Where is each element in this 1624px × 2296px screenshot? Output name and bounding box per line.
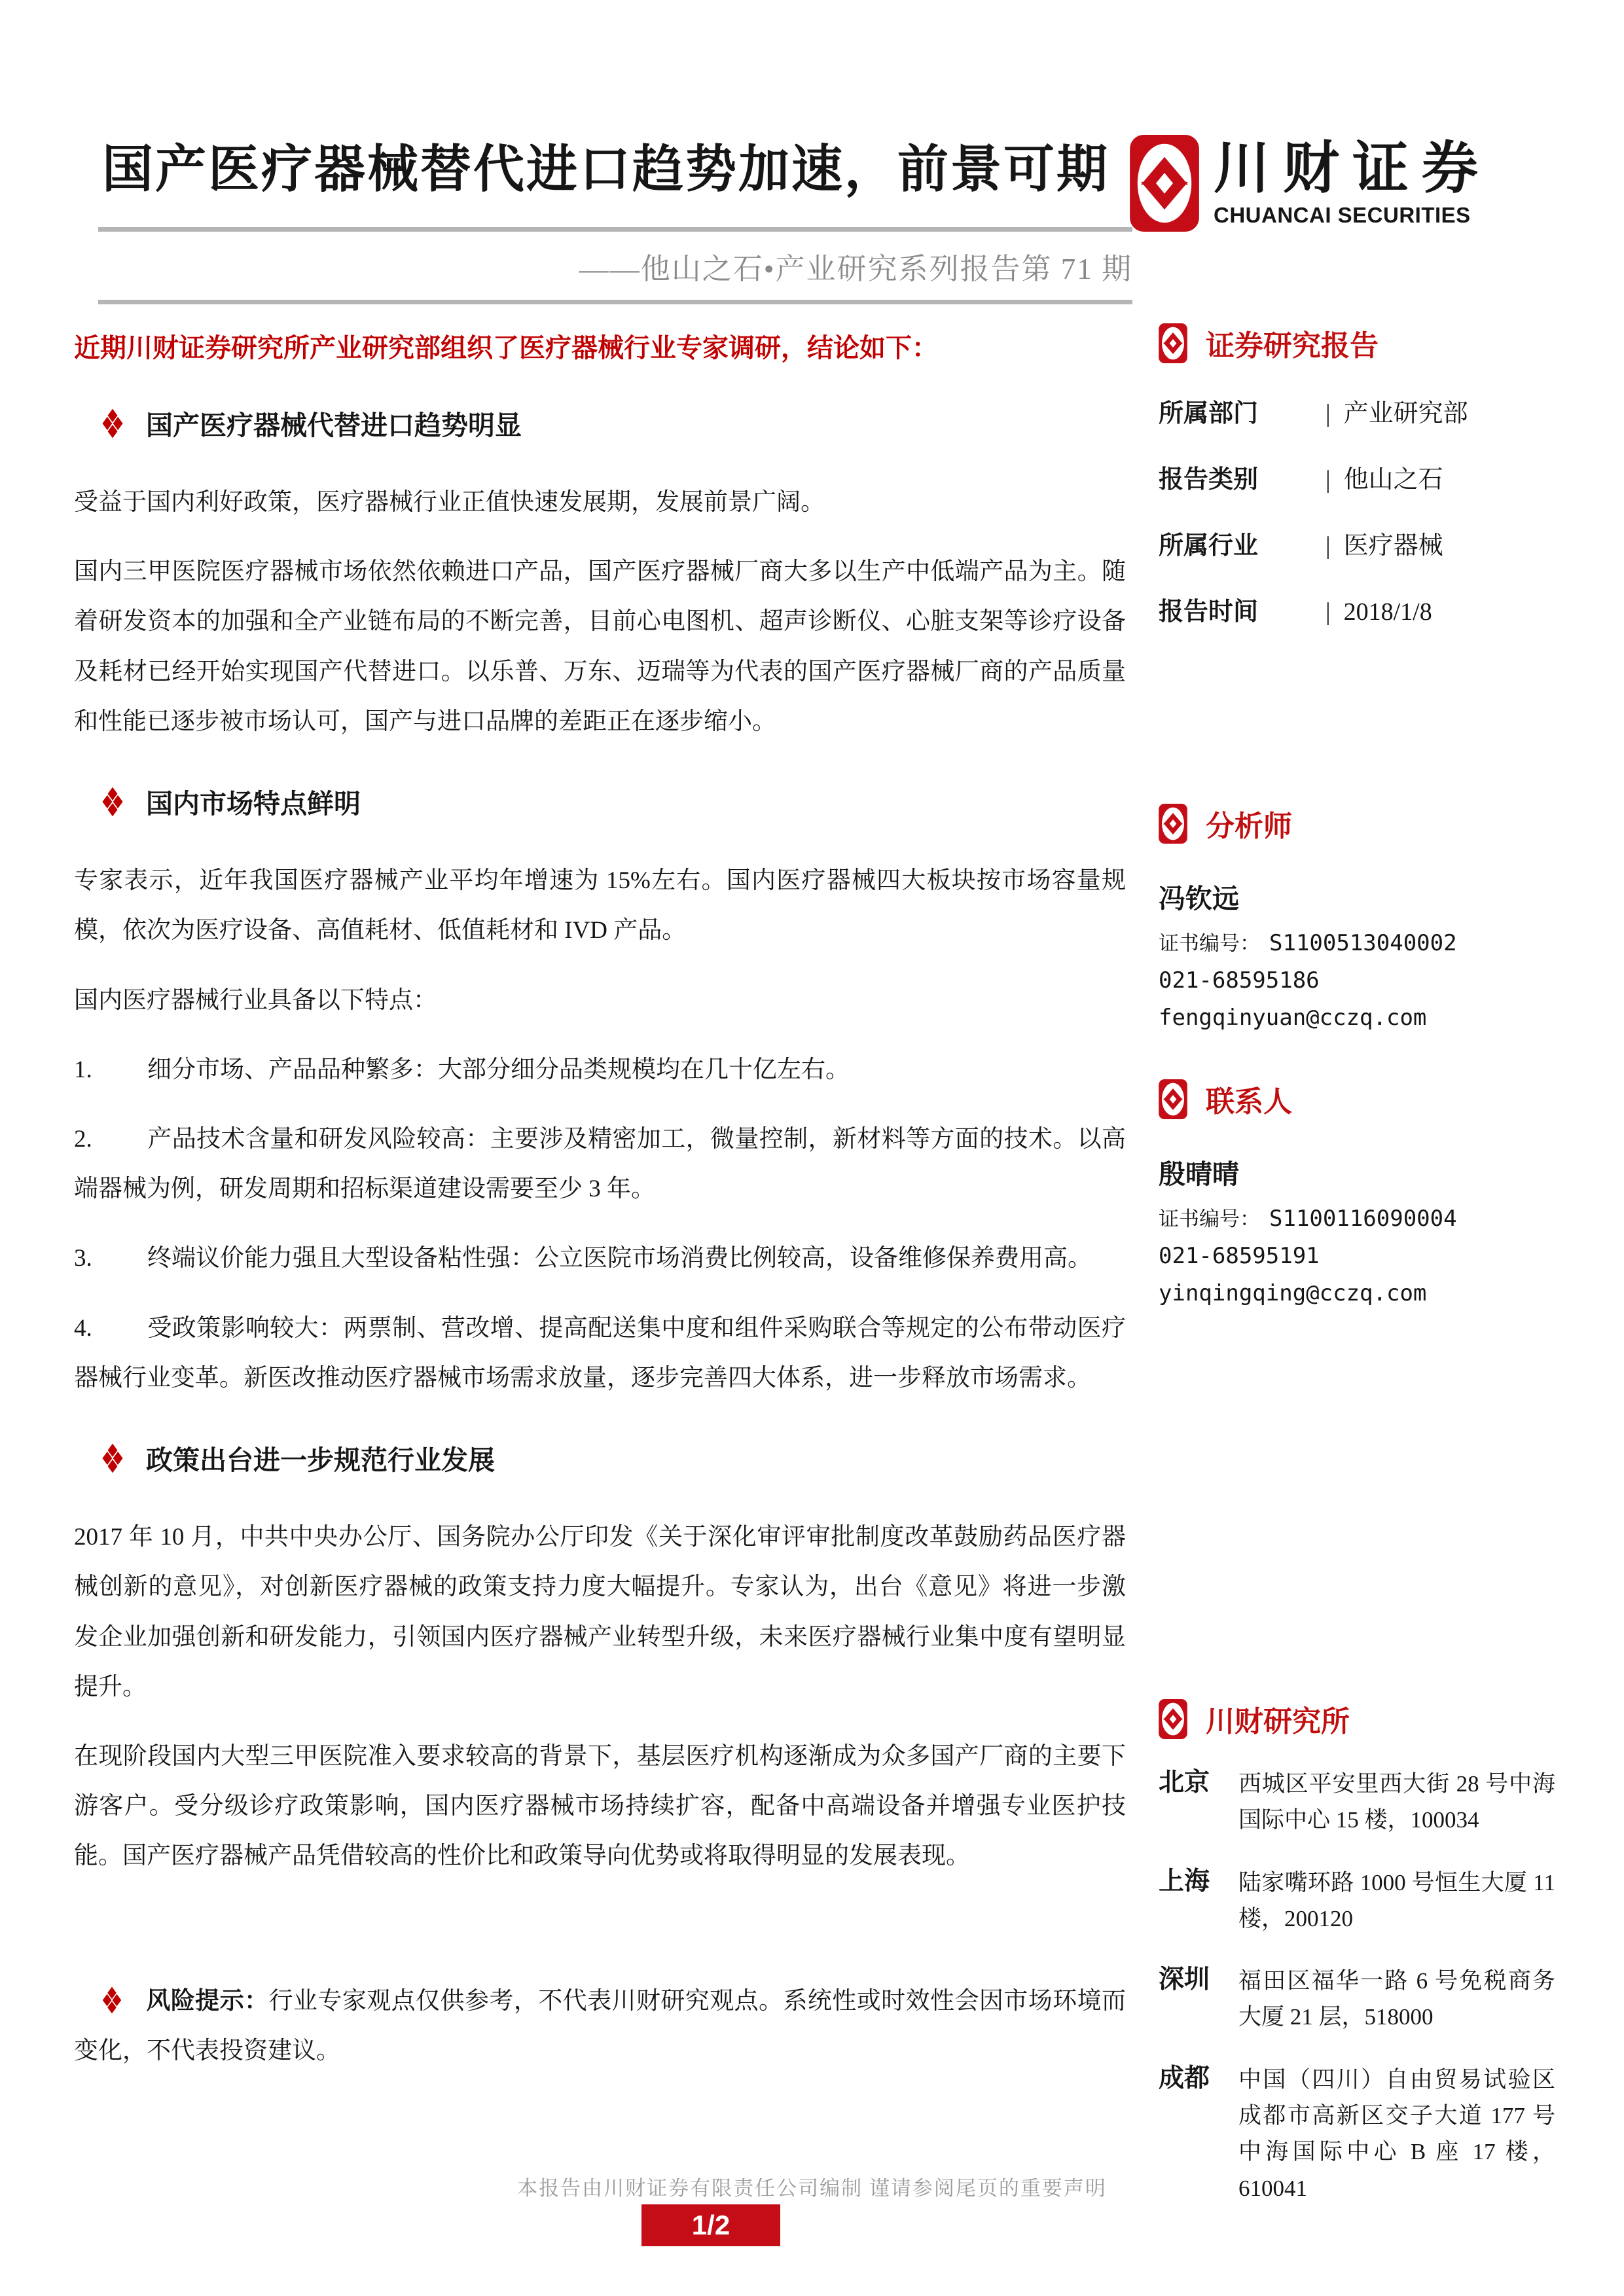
chuancai-logo-icon [1159,804,1187,844]
paragraph: 国内医疗器械行业具备以下特点： [74,976,1126,1026]
info-row-date: 报告时间 |2018/1/8 [1159,591,1555,627]
analyst-phone: 021-68595186 [1159,967,1555,994]
info-label: 所属部门 [1159,393,1326,429]
page-title: 国产医疗器械替代进口趋势加速，前景可期 [102,128,1110,202]
chuancai-logo-icon [1159,1699,1187,1739]
separator-bar: | [1326,598,1331,626]
sidebar-heading-analyst: 分析师 [1159,802,1555,844]
separator-bar: | [1326,400,1331,427]
office-address: 福田区福华一路 6 号免税商务大厦 21 层，518000 [1238,1963,1555,2036]
paragraph: 在现阶段国内大型三甲医院准入要求较高的背景下，基层医疗机构逐渐成为众多国产厂商的… [74,1732,1126,1882]
sidebar-heading-label: 川财研究所 [1206,1698,1350,1740]
info-label: 所属行业 [1159,525,1326,561]
info-value: |2018/1/8 [1326,598,1432,626]
paragraph: 受益于国内利好政策，医疗器械行业正值快速发展期，发展前景广阔。 [74,478,1126,528]
diamond-bullet-icon [101,1986,122,2014]
diamond-bullet-icon [101,408,124,439]
contact-phone: 021-68595191 [1159,1243,1555,1269]
sidebar-heading-label: 联系人 [1206,1078,1292,1120]
intro-summary-line: 近期川财证券研究所产业研究部组织了医疗器械行业专家调研，结论如下： [74,331,1126,366]
numbered-item: 2.产品技术含量和研发风险较高：主要涉及精密加工，微量控制，新材料等方面的技术。… [74,1115,1126,1214]
header-divider-top [98,227,1132,232]
item-number: 2. [74,1115,147,1164]
office-city: 深圳 [1159,1963,1238,2036]
chuancai-logo-icon [1159,323,1187,363]
report-info-rows: 所属部门 |产业研究部 报告类别 |他山之石 所属行业 |医疗器械 报告时间 |… [1159,393,1555,627]
numbered-item: 1.细分市场、产品品种繁多：大部分细分品类规模均在几十亿左右。 [74,1045,1126,1095]
sidebar-heading-label: 分析师 [1206,802,1292,844]
analyst-cert: 证书编号：S1100513040002 [1159,927,1555,956]
office-address: 西城区平安里西大街 28 号中海国际中心 15 楼，100034 [1238,1766,1555,1839]
info-value: |他山之石 [1326,459,1443,495]
contact-card: 殷晴晴 证书编号：S1100116090004 021-68595191 yin… [1159,1153,1555,1306]
office-address: 陆家嘴环路 1000 号恒生大厦 11 楼，200120 [1238,1865,1555,1937]
contact-email: yinqingqing@cczq.com [1159,1280,1555,1306]
info-label: 报告时间 [1159,591,1326,627]
numbered-item: 3.终端议价能力强且大型设备粘性强：公立医院市场消费比例较高，设备维修保养费用高… [74,1234,1126,1283]
sidebar-heading-institute: 川财研究所 [1159,1698,1555,1740]
diamond-bullet-icon [101,787,124,817]
section-heading-label: 国内市场特点鲜明 [146,782,361,821]
info-value: |产业研究部 [1326,393,1468,429]
item-number: 3. [74,1234,147,1283]
info-label: 报告类别 [1159,459,1326,495]
office-shanghai: 上海 陆家嘴环路 1000 号恒生大厦 11 楼，200120 [1159,1865,1555,1937]
item-text: 终端议价能力强且大型设备粘性强：公立医院市场消费比例较高，设备维修保养费用高。 [147,1245,1092,1272]
section-heading-label: 国产医疗器械代替进口趋势明显 [146,404,522,442]
logo-text: 川财证券 CHUANCAI SECURITIES [1214,139,1491,228]
office-shenzhen: 深圳 福田区福华一路 6 号免税商务大厦 21 层，518000 [1159,1963,1555,2036]
logo-name-cn: 川财证券 [1214,139,1491,198]
report-series-subtitle: ——他山之石•产业研究系列报告第 71 期 [98,245,1132,287]
analyst-card: 冯钦远 证书编号：S1100513040002 021-68595186 fen… [1159,877,1555,1031]
paragraph: 国内三甲医院医疗器械市场依然依赖进口产品，国产医疗器械厂商大多以生产中低端产品为… [74,547,1126,747]
contact-name: 殷晴晴 [1159,1153,1555,1191]
risk-notice: 风险提示：行业专家观点仅供参考，不代表川财研究观点。系统性或时效性会因市场环境而… [74,1977,1126,2076]
sidebar-heading-contact: 联系人 [1159,1078,1555,1120]
contact-cert: 证书编号：S1100116090004 [1159,1202,1555,1232]
info-row-industry: 所属行业 |医疗器械 [1159,525,1555,561]
info-row-department: 所属部门 |产业研究部 [1159,393,1555,429]
section-heading-2: 国内市场特点鲜明 [74,782,1126,821]
sidebar-heading-label: 证券研究报告 [1206,322,1379,364]
office-city: 上海 [1159,1865,1238,1937]
sidebar-heading-report: 证券研究报告 [1159,322,1555,364]
separator-bar: | [1326,466,1331,493]
section-heading-1: 国产医疗器械代替进口趋势明显 [74,404,1126,442]
risk-label: 风险提示： [146,1988,269,2015]
info-row-category: 报告类别 |他山之石 [1159,459,1555,495]
item-text: 受政策影响较大：两票制、营改增、提高配送集中度和组件采购联合等规定的公布带动医疗… [74,1315,1126,1391]
section-heading-label: 政策出台进一步规范行业发展 [146,1439,495,1477]
page-number-badge: 1/2 [641,2204,780,2246]
item-text: 产品技术含量和研发风险较高：主要涉及精密加工，微量控制，新材料等方面的技术。以高… [74,1126,1126,1202]
office-city: 北京 [1159,1766,1238,1839]
info-value: |医疗器械 [1326,525,1443,561]
diamond-bullet-icon [101,1443,124,1473]
report-body: 近期川财证券研究所产业研究部组织了医疗器械行业专家调研，结论如下： 国产医疗器械… [74,331,1126,2076]
item-number: 1. [74,1045,147,1095]
analyst-email: fengqinyuan@cczq.com [1159,1005,1555,1031]
item-number: 4. [74,1304,147,1354]
numbered-item: 4.受政策影响较大：两票制、营改增、提高配送集中度和组件采购联合等规定的公布带动… [74,1304,1126,1403]
section-heading-3: 政策出台进一步规范行业发展 [74,1439,1126,1477]
chuancai-logo-icon [1159,1079,1187,1119]
header-divider-bottom [98,300,1132,304]
footer-disclaimer: 本报告由川财证券有限责任公司编制 谨请参阅尾页的重要声明 [0,2172,1624,2201]
report-info-sidebar: 证券研究报告 所属部门 |产业研究部 报告类别 |他山之石 所属行业 |医疗器械… [1159,322,1555,2233]
company-logo: 川财证券 CHUANCAI SECURITIES [1130,135,1491,232]
analyst-name: 冯钦远 [1159,877,1555,916]
paragraph: 专家表示，近年我国医疗器械产业平均年增速为 15%左右。国内医疗器械四大板块按市… [74,856,1126,956]
separator-bar: | [1326,532,1331,560]
paragraph: 2017 年 10 月，中共中央办公厅、国务院办公厅印发《关于深化审评审批制度改… [74,1513,1126,1712]
logo-name-en: CHUANCAI SECURITIES [1214,203,1491,228]
office-beijing: 北京 西城区平安里西大街 28 号中海国际中心 15 楼，100034 [1159,1766,1555,1839]
office-list: 北京 西城区平安里西大街 28 号中海国际中心 15 楼，100034 上海 陆… [1159,1766,1555,2206]
item-text: 细分市场、产品品种繁多：大部分细分品类规模均在几十亿左右。 [147,1056,850,1083]
chuancai-logo-icon [1130,135,1199,232]
